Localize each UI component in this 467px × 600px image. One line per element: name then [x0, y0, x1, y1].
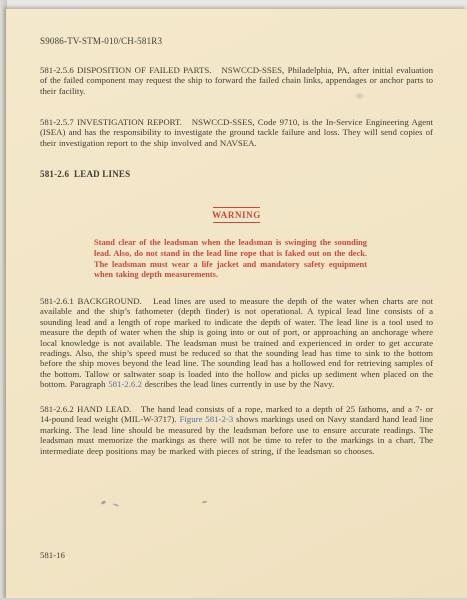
manual-page: S9086-TV-STM-010/CH-581R3 581-2.5.6 DISP… [6, 9, 467, 600]
warning-heading: WARNING [40, 207, 433, 223]
footer-page-number: 581-16 [40, 550, 65, 560]
xref-link-figure-581-2-3[interactable]: Figure 581-2-3 [179, 414, 233, 424]
scan-smudge [354, 92, 365, 100]
background-text-after-link: describes the lead lines currently in us… [142, 379, 334, 389]
ink-smudge [101, 500, 107, 505]
paragraph-investigation-report: 581-2.5.7 INVESTIGATION REPORT. NSWCCD-S… [40, 117, 433, 148]
warning-rule-bottom [213, 222, 260, 223]
warning-title: WARNING [40, 210, 433, 220]
ink-smudge [113, 503, 119, 507]
warning-rule-top [213, 207, 260, 208]
ink-smudge [202, 501, 207, 504]
scan-edge-top [0, 0, 467, 9]
paragraph-hand-lead: 581-2.6.2 HAND LEAD. The hand lead consi… [40, 404, 433, 456]
paragraph-disposition-of-failed-parts: 581-2.5.6 DISPOSITION OF FAILED PARTS. N… [40, 65, 433, 96]
paragraph-background: 581-2.6.1 BACKGROUND. Lead lines are use… [40, 296, 433, 390]
section-heading-lead-lines: 581-2.6 LEAD LINES [40, 169, 130, 179]
document-number: S9086-TV-STM-010/CH-581R3 [40, 36, 162, 46]
xref-link-581-2-6-2[interactable]: 581-2.6.2 [108, 379, 142, 389]
warning-text: Stand clear of the leadsman when the lea… [94, 238, 367, 281]
background-text-before-link: 581-2.6.1 BACKGROUND. Lead lines are use… [40, 296, 433, 389]
